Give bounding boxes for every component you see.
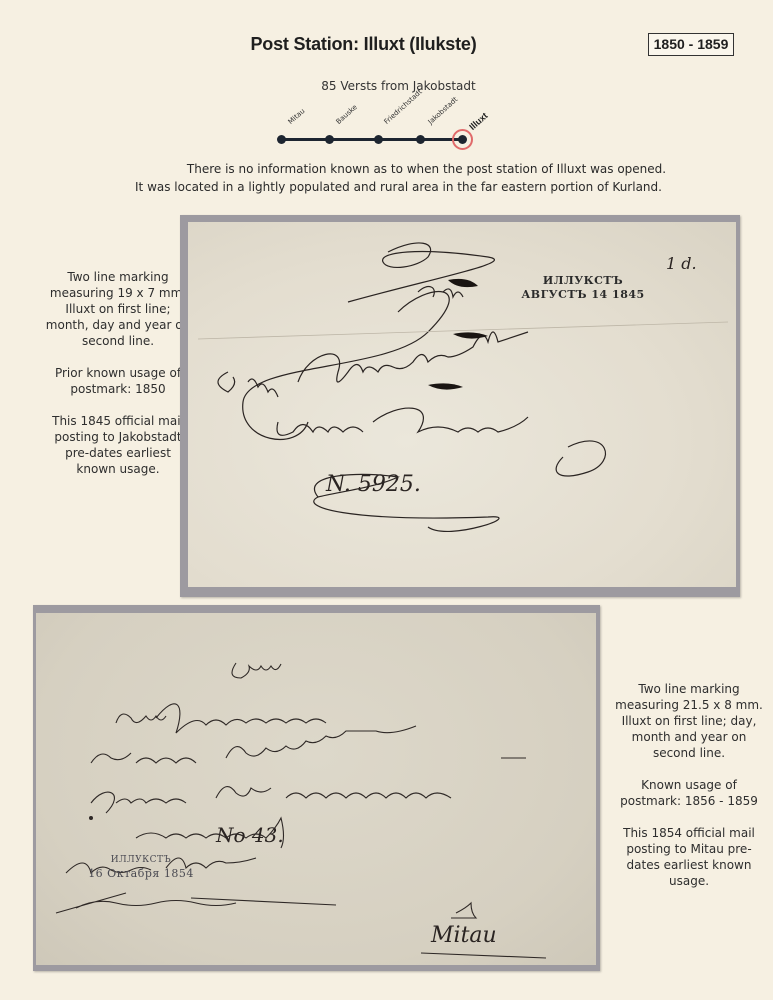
route-diagram: Mitau Bauske Friedrichstadt Jakobstadt I… <box>270 100 510 155</box>
cover1-postmark-line1: ИЛЛУКСТЪ <box>513 274 653 288</box>
route-dot-jakobstadt <box>416 135 425 144</box>
cover1-handwriting-icon <box>188 222 736 587</box>
page-title-text: Post Station: Illuxt (Ilukste) <box>250 34 476 54</box>
cover1-docket-number: N. 5925. <box>326 472 421 497</box>
cover2-handwriting-icon <box>36 613 596 965</box>
cover2-postmark-line2: 16 Октабря 1854 <box>76 867 206 881</box>
cover2-postmark: ИЛЛУКСТЪ 16 Октабря 1854 <box>76 853 206 881</box>
date-range-badge: 1850 - 1859 <box>648 33 734 56</box>
intro-line-1: There is no information known as to when… <box>40 160 773 178</box>
cover2-envelope: No 43. Mitau ИЛЛУКСТЪ 16 Октабря 1854 <box>36 613 596 965</box>
cover2-postmark-line1: ИЛЛУКСТЪ <box>76 853 206 867</box>
cover2-docket-number: No 43. <box>216 823 284 847</box>
route-label-jakobstadt: Jakobstadt <box>427 95 460 126</box>
cover1-note-prior-usage: Prior known usage of postmark: 1850 <box>44 365 192 397</box>
route-highlight-ring <box>452 129 473 150</box>
route-label-mitau: Mitau <box>287 107 307 126</box>
route-dot-mitau <box>277 135 286 144</box>
cover1-rate-mark: 1 d. <box>666 254 697 273</box>
route-dot-friedrichstadt <box>374 135 383 144</box>
cover2-note-known-usage: Known usage of postmark: 1856 - 1859 <box>614 777 764 809</box>
cover2-description: Two line marking measuring 21.5 x 8 mm. … <box>614 681 764 905</box>
route-line <box>281 138 463 141</box>
distance-subtitle: 85 Versts from Jakobstadt <box>0 79 773 93</box>
cover1-note-marking: Two line marking measuring 19 x 7 mm. Il… <box>44 269 192 349</box>
distance-subtitle-text: 85 Versts from Jakobstadt <box>321 79 475 93</box>
route-dot-bauske <box>325 135 334 144</box>
route-label-illuxt: Illuxt <box>467 111 489 132</box>
cover2-note-marking: Two line marking measuring 21.5 x 8 mm. … <box>614 681 764 761</box>
cover1-envelope: N. 5925. 1 d. ИЛЛУКСТЪ АВГУСТЪ 14 1845 <box>188 222 736 587</box>
intro-text: There is no information known as to when… <box>0 160 773 196</box>
cover1-note-significance: This 1845 official mail posting to Jakob… <box>44 413 192 477</box>
cover1-postmark-line2: АВГУСТЪ 14 1845 <box>513 288 653 302</box>
route-label-friedrichstadt: Friedrichstadt <box>383 88 424 126</box>
cover1-postmark: ИЛЛУКСТЪ АВГУСТЪ 14 1845 <box>513 274 653 302</box>
cover1-description: Two line marking measuring 19 x 7 mm. Il… <box>44 269 192 493</box>
cover2-note-significance: This 1854 official mail posting to Mitau… <box>614 825 764 889</box>
route-label-bauske: Bauske <box>335 103 359 126</box>
intro-line-2: It was located in a lightly populated an… <box>12 178 773 196</box>
cover2-destination: Mitau <box>431 923 497 948</box>
